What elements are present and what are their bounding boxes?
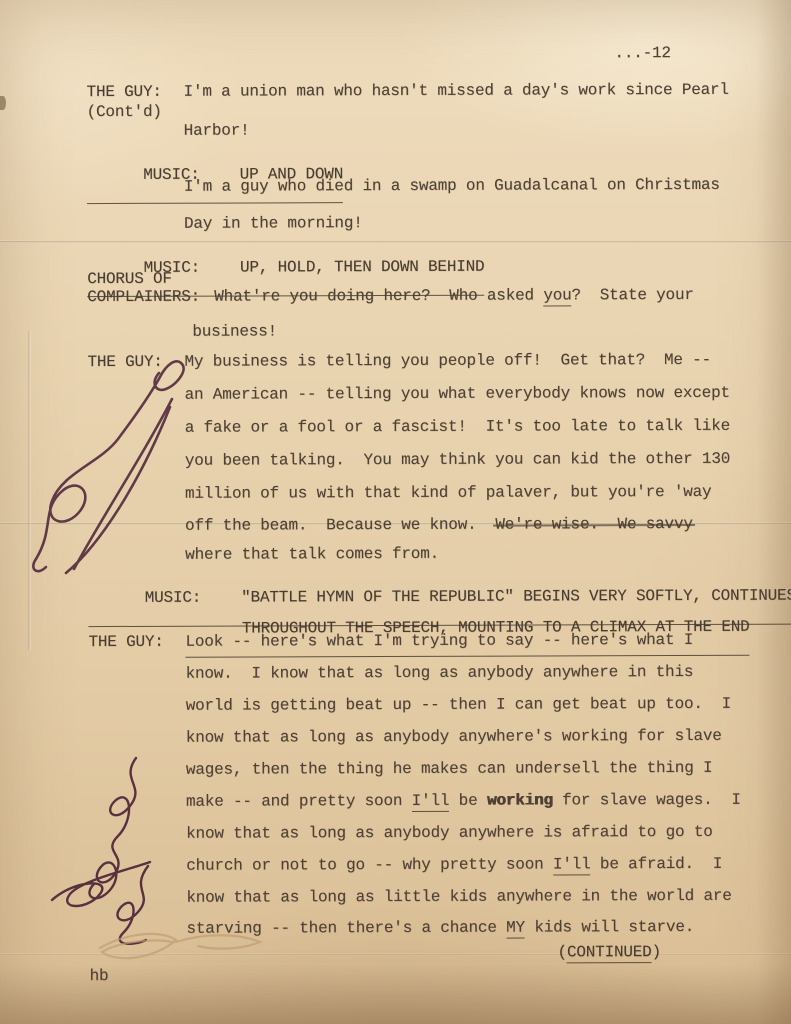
dialogue-line: where that talk comes from.: [185, 545, 439, 564]
paren: ): [652, 943, 661, 961]
dialogue-text: kids will starve.: [525, 918, 694, 937]
dialogue-line: know that as long as anybody anywhere's …: [186, 727, 722, 747]
dialogue-line: make -- and pretty soon I'll be working …: [186, 791, 741, 811]
dialogue-line: What're you doing here? Who asked you? S…: [214, 286, 694, 306]
dialogue-line: I'm a guy who died in a swamp on Guadalc…: [184, 176, 720, 196]
dialogue-line: Day in the morning!: [184, 214, 363, 233]
script-page: ...-12 THE GUY: (Cont'd) I'm a union man…: [0, 0, 791, 1024]
underlined-word: I'll: [412, 792, 450, 812]
dialogue-line: million of us with that kind of palaver,…: [185, 483, 712, 503]
dialogue-line: starving -- then there's a chance MY kid…: [186, 918, 694, 938]
speaker-label: CHORUS OF: [87, 270, 172, 288]
speaker-label: THE GUY:: [88, 633, 163, 651]
dialogue-line: a fake or a fool or a fascist! It's too …: [185, 417, 730, 437]
continued-word: CONTINUED: [567, 943, 652, 963]
speaker-label: THE GUY:: [87, 353, 162, 371]
dialogue-line: you been talking. You may think you can …: [185, 450, 730, 470]
continued-marker: (CONTINUED): [558, 943, 661, 961]
dialogue-line: I'm a union man who hasn't missed a day'…: [184, 81, 729, 101]
dialogue-line: world is getting beat up -- then I can g…: [186, 695, 731, 715]
dialogue-text: starving -- then there's a chance: [186, 919, 506, 938]
dialogue-text: What're you doing here? Who asked: [214, 286, 543, 305]
dialogue-text: make -- and pretty soon: [186, 792, 412, 811]
dialogue-text: ? State your: [571, 286, 693, 304]
speaker-label: THE GUY:: [87, 83, 162, 101]
dialogue-line: business!: [192, 322, 277, 340]
dialogue-line: know. I know that as long as anybody any…: [186, 663, 694, 683]
dialogue-line: Look -- here's what I'm trying to say --…: [185, 631, 693, 651]
dialogue-line: My business is telling you people off! G…: [184, 351, 711, 371]
dialogue-text: church or not to go -- why pretty soon: [186, 855, 553, 874]
bold-word: working: [487, 791, 553, 809]
dialogue-text: off the beam. Because we know.: [185, 516, 495, 535]
page-number: ...-12: [614, 44, 670, 62]
dialogue-text: for slave wages. I: [553, 791, 741, 810]
typist-initials: hb: [90, 967, 109, 985]
dialogue-line: know that as long as anybody anywhere is…: [186, 823, 713, 843]
dialogue-text: be: [449, 792, 487, 810]
dialogue-text: be afraid. I: [590, 855, 722, 873]
dialogue-line: an American -- telling you what everybod…: [185, 384, 730, 404]
underlined-word: I'll: [553, 855, 591, 875]
dialogue-line: church or not to go -- why pretty soon I…: [186, 855, 722, 875]
dialogue-line: wages, then the thing he makes can under…: [186, 759, 713, 779]
struck-text: We're wise. We savvy: [495, 515, 692, 534]
music-cue: UP, HOLD, THEN DOWN BEHIND: [240, 258, 485, 277]
dialogue-line: off the beam. Because we know. We're wis…: [185, 515, 693, 535]
dialogue-line: Harbor!: [184, 122, 250, 140]
underlined-word: you: [543, 286, 571, 306]
speaker-contd: (Cont'd): [87, 103, 162, 121]
speaker-label: COMPLAINERS:: [87, 288, 200, 306]
underlined-word: MY: [506, 919, 525, 939]
dialogue-line: know that as long as little kids anywher…: [186, 887, 731, 907]
